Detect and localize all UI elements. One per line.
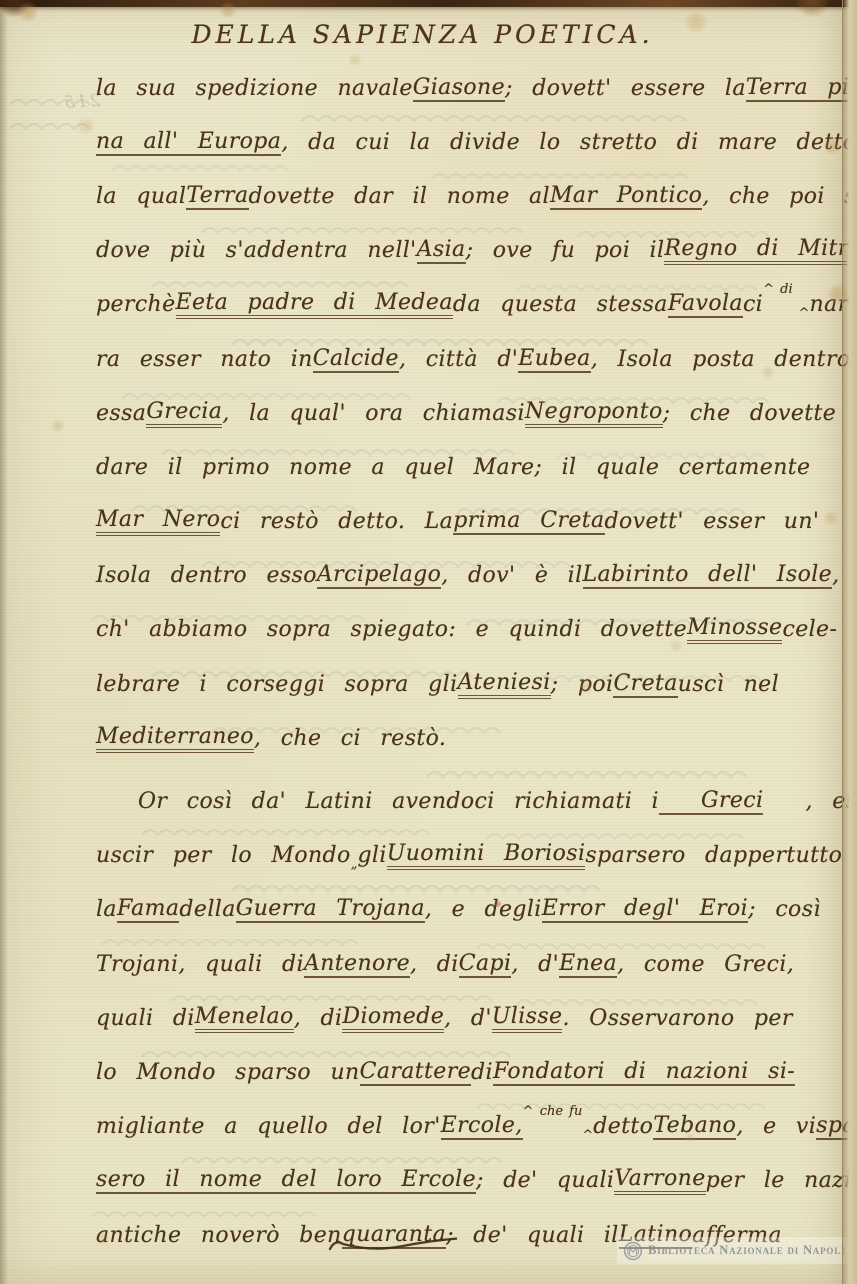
manuscript-line: perchè Eeta padre di Medea da questa ste… [96,278,834,332]
handwritten-text: , che poi si distese [702,184,857,209]
handwritten-text: la qual [96,184,186,209]
handwritten-text: sero il nome del loro Ercole [96,1167,476,1194]
handwritten-text: , di [294,1006,343,1031]
ink-blot [794,298,797,313]
handwritten-text: ; che dovette [663,401,837,426]
handwritten-text: ; così [748,897,821,922]
manuscript-line: sero il nome del loro Ercole; de' quali … [96,1154,834,1208]
handwritten-text: Isola dentro esso [96,563,317,588]
handwritten-text: la sua spedizione navale [96,76,413,101]
handwritten-text: na all' Europa [96,129,281,156]
handwritten-text: dovette dar il nome al [249,184,551,209]
handwritten-text: ci [743,292,763,317]
foxing-stain [51,419,65,433]
handwritten-text: uscir per lo Mondo [96,843,351,868]
manuscript-line: lebrare i corseggi sopra gli Ateniesi; p… [96,657,834,711]
manuscript-line: la qual Terra dovette dar il nome al Mar… [96,169,834,223]
handwritten-text: , la qual' ora chiamasi [222,401,525,426]
handwritten-text: , che ci restò. [254,726,446,751]
book-top-edge [0,0,857,7]
handwritten-text: Eubea [518,346,590,373]
caret-mark: ^ [582,1128,593,1143]
manuscript-line: Or così da' Latini avendoci richiamati i… [96,774,834,828]
manuscript-line: Mediterraneo, che ci restò. [96,711,834,765]
bleed-through-ghost-text [8,120,104,138]
handwritten-text: Capi [459,951,512,978]
handwritten-text: ch' abbiamo sopra spiegato: e quindi dov… [96,617,687,642]
manuscript-line: dove più s'addentra nell' Asia; ove fu p… [96,224,834,278]
handwritten-text: Mediterraneo [96,724,254,753]
manuscript-line: uscir per lo Mondo„ gli Uuomini Boriosi … [96,829,834,883]
caret-insertion: ^ che fu [523,1104,583,1119]
handwritten-text: essa [96,401,146,426]
handwritten-text: , e degli [425,897,542,922]
handwritten-text: Regno di Mitridate [664,236,857,265]
manuscript-line: Isola dentro esso Arcipelago, dov' è il … [96,549,834,603]
handwritten-text: Uuomini Boriosi [387,841,586,870]
page-title: DELLA SAPIENZA POETICA. [0,20,845,49]
handwritten-text: perchè [96,292,176,317]
handwritten-text: , come Greci, [617,952,794,977]
handwritten-text: , Isola posta dentro [591,347,851,372]
paragraph: la sua spedizione navale Giasone; dovett… [96,61,834,765]
handwritten-text: dove più s'addentra nell' [96,238,417,263]
manuscript-line: dare il primo nome a quel Mare; il quale… [96,440,834,494]
handwritten-text: . Osservarono per [562,1006,792,1031]
handwritten-text: ; poi [551,672,614,697]
page-left-edge [0,0,8,1284]
handwritten-text: Carattere [360,1059,471,1086]
handwritten-text: , d' [444,1006,492,1031]
handwritten-text: Creta [613,671,677,698]
handwritten-text: da questa stessa [453,292,668,317]
manuscript-page: 215 DELLA SAPIENZA POETICA. la sua spedi… [0,0,857,1284]
caret-mark: „ [351,857,358,872]
handwritten-text: , e vi [736,1114,816,1139]
handwritten-text: Negroponto [525,399,663,428]
handwritten-text: lebrare i corseggi sopra gli [96,672,458,697]
handwritten-text: prima Creta [453,508,604,535]
handwritten-text: Terra più vici [746,75,857,102]
handwritten-text: Enea [559,951,617,978]
handwritten-text: Grecia [146,399,222,428]
handwritten-text: Terra [186,183,248,210]
handwritten-text: Arcipelago [317,562,441,589]
handwritten-text: Menelao [195,1004,294,1033]
handwritten-text: di [471,1060,493,1085]
handwritten-text: quali di [96,1006,195,1031]
manuscript-line: lo Mondo sparso un Carattere di Fondator… [96,1045,834,1099]
handwritten-text: Fondatori di nazioni si- [493,1059,795,1086]
handwritten-text: ci restò detto. La [220,509,453,534]
handwritten-text: Asia [417,237,466,264]
manuscript-line: essa Grecia, la qual' ora chiamasi Negro… [96,386,834,440]
book-gutter-edge [842,0,857,1284]
handwritten-text: , città d' [399,347,518,372]
handwritten-text: Or così da' Latini avendoci richiamati i [96,789,659,814]
paragraph: Or così da' Latini avendoci richiamati i… [96,774,834,1262]
handwritten-text: Fama [117,896,179,923]
manuscript-line: Trojani, quali di Antenore, di Capi, d' … [96,937,834,991]
handwritten-text: , da cui la divide lo stretto di mare de… [281,130,856,155]
manuscript-line: quali di Menelao, di Diomede, d' Ulisse.… [96,991,834,1045]
handwritten-text: antiche noverò ben [96,1223,342,1248]
handwritten-text: detto [593,1114,653,1139]
handwritten-text: lo Mondo sparso un [96,1060,360,1085]
manuscript-body: la sua spedizione navale Giasone; dovett… [96,61,834,1262]
handwritten-text: Varrone [614,1166,705,1195]
handwritten-text: , d' [511,952,559,977]
handwritten-text: ra esser nato in [96,347,313,372]
manuscript-line: la sua spedizione navale Giasone; dovett… [96,61,834,115]
handwritten-text: Tebano [653,1113,736,1140]
handwritten-text: dare il primo nome a quel Mare; il quale… [96,455,810,480]
handwritten-text: sparsero dappertutto [585,843,842,868]
handwritten-text: Ulisse [492,1004,563,1033]
manuscript-line: ra esser nato in Calcide, città d' Eubea… [96,332,834,386]
handwritten-text: della [179,897,235,922]
manuscript-line: migliante a quello del lor' Ercole,^ che… [96,1100,834,1154]
handwritten-text: Ateniesi [458,670,551,699]
handwritten-text: Favola [668,291,743,318]
manuscript-line: Mar Nero ci restò detto. La prima Creta … [96,495,834,549]
handwritten-text: Trojani, quali di [96,952,304,977]
handwritten-text: Antenore [304,951,410,978]
handwritten-text: ; ove fu poi il [466,238,665,263]
handwritten-text: uscì nel [678,672,779,697]
handwritten-text: dovett' esser un' [605,509,820,534]
manuscript-line: la Fama della Guerra Trojana, e degli Er… [96,883,834,937]
bleed-through-ghost-text [8,96,94,114]
foxing-stain [76,116,96,136]
handwritten-text: Labirinto dell' Isole [583,562,833,589]
handwritten-text: , di [410,952,459,977]
handwritten-text: Eeta padre di Medea [176,290,453,319]
handwritten-text: ; dovett' essere la [505,76,746,101]
handwritten-text: Mar Nero [96,507,220,536]
handwritten-text: Mar Pontico [550,183,702,210]
handwritten-text: Guerra Trojana [236,896,425,923]
handwritten-text: , dov' è il [441,563,582,588]
handwritten-text: Greci [659,788,763,815]
manuscript-line: na all' Europa, da cui la divide lo stre… [96,115,834,169]
handwritten-text: la [96,897,117,922]
bnn-logo-icon [623,1241,643,1261]
handwritten-text: Minosse [687,615,782,644]
handwritten-text: Ercole, [441,1113,523,1140]
handwritten-text: gli [357,843,386,868]
handwritten-text: per le nazioni [706,1168,857,1193]
handwritten-text: Calcide [313,346,399,373]
caret-insertion: ^ di [763,282,793,297]
ink-flourish [325,1234,457,1254]
library-watermark: Biblioteca Nazionale di Napoli [617,1237,857,1264]
handwritten-text: ; de' quali il [446,1223,619,1248]
handwritten-text: cele- [782,617,837,642]
handwritten-text: , [832,563,839,588]
handwritten-text: migliante a quello del lor' [96,1114,441,1139]
handwritten-text: Error degl' Eroi [542,896,748,923]
caret-mark: ^ [799,306,810,321]
handwritten-text: Diomede [342,1004,444,1033]
handwritten-text: ; de' quali [476,1168,614,1193]
watermark-label: Biblioteca Nazionale di Napoli [648,1243,845,1258]
handwritten-text: Giasone [413,75,505,102]
manuscript-line: ch' abbiamo sopra spiegato: e quindi dov… [96,603,834,657]
